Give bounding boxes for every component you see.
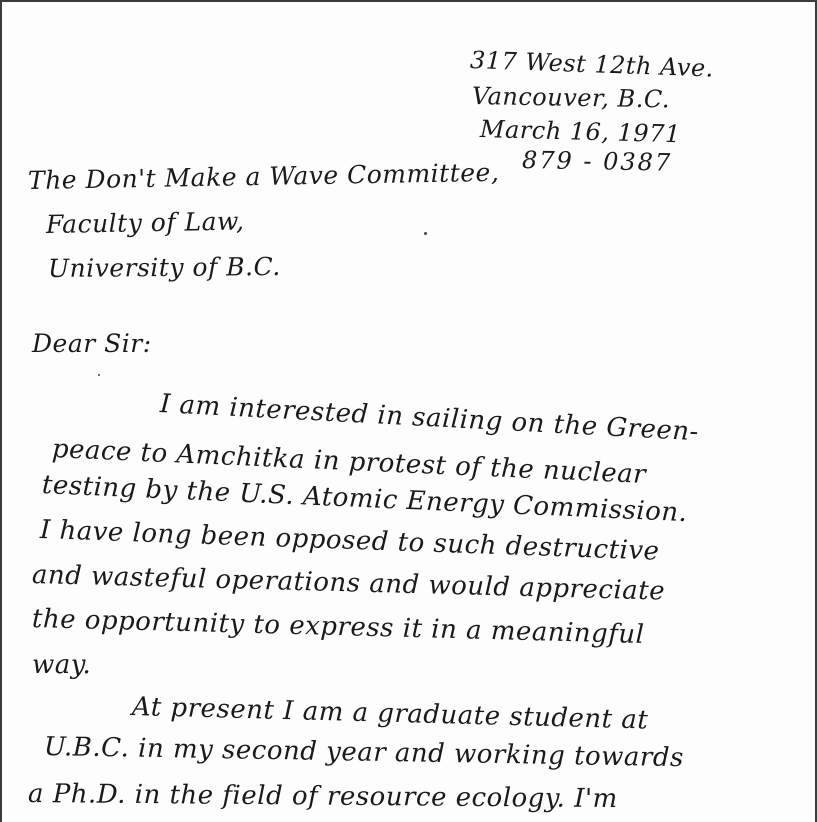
recipient-committee: The Don't Make a Wave Committee, (28, 158, 500, 195)
body-line: and wasteful operations and would apprec… (32, 560, 666, 607)
recipient-university: University of B.C. (48, 252, 281, 283)
phone-number: 879 - 0387 (522, 146, 673, 177)
body-line: a Ph.D. in the field of resource ecology… (28, 779, 618, 814)
ink-speck (424, 232, 427, 235)
recipient-faculty: Faculty of Law, (46, 207, 245, 239)
letter-date: March 16, 1971 (480, 115, 681, 148)
salutation: Dear Sir: (32, 329, 152, 358)
letter-page: 317 West 12th Ave. Vancouver, B.C. March… (2, 2, 815, 822)
body-line: way. (32, 650, 91, 680)
ink-speck (98, 374, 100, 376)
return-address-street: 317 West 12th Ave. (470, 46, 715, 82)
body-line: the opportunity to express it in a meani… (32, 604, 645, 650)
body-line: At present I am a graduate student at (132, 692, 649, 736)
body-line: I am interested in sailing on the Green- (159, 389, 699, 447)
body-line: U.B.C. in my second year and working tow… (44, 732, 684, 773)
return-address-city: Vancouver, B.C. (472, 82, 670, 113)
